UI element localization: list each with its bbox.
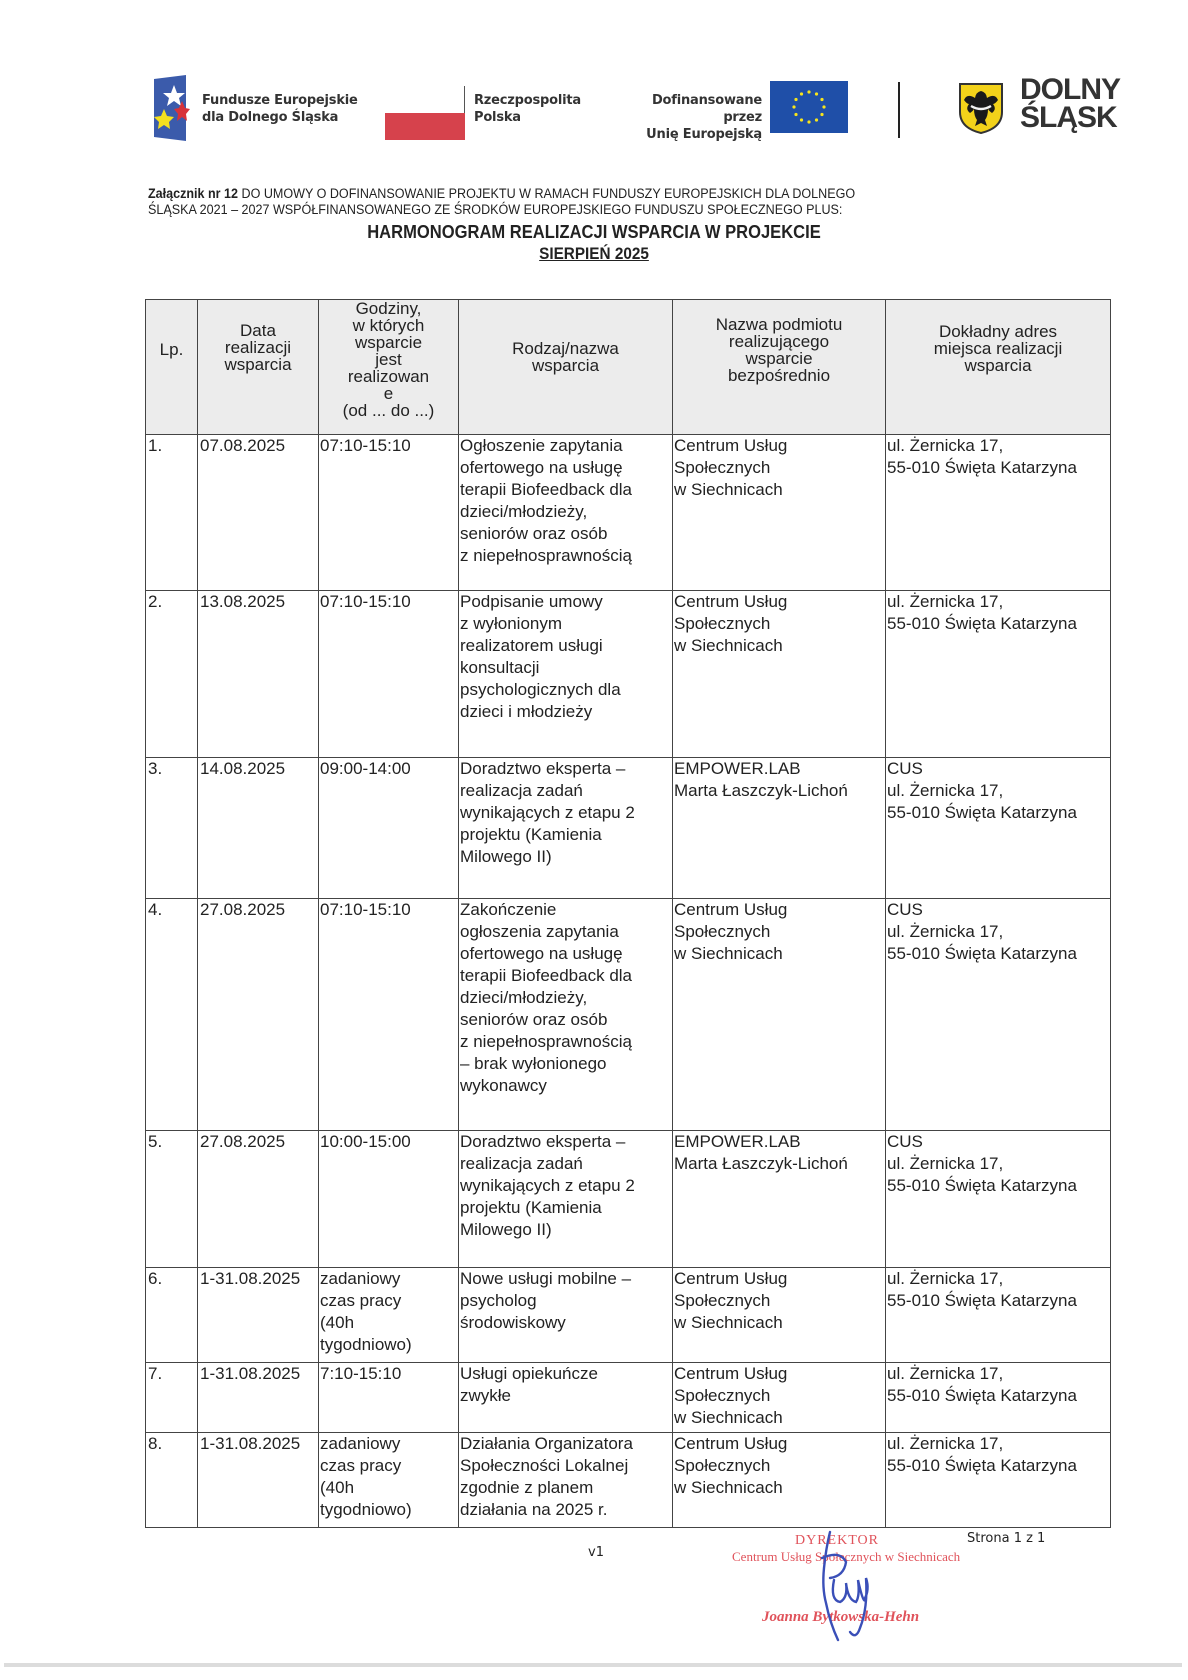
header-text-line: wsparcie — [321, 334, 456, 351]
cell-text-line: 55-010 Święta Katarzyna — [887, 457, 1110, 479]
cell-text-line: ul. Żernicka 17, — [887, 1268, 1110, 1290]
cell-text-line: dzieci/młodzieży, — [460, 501, 672, 523]
eu-flag-icon — [770, 81, 848, 133]
column-header-support-type: Rodzaj/nazwawsparcia — [459, 300, 673, 435]
table-row: 1.07.08.202507:10-15:10Ogłoszenie zapyta… — [146, 435, 1111, 591]
header-text-line: miejsca realizacji — [888, 340, 1108, 357]
cell-lp: 1. — [146, 435, 198, 591]
cell-text-line: ul. Żernicka 17, — [887, 1363, 1110, 1385]
cell-address: CUSul. Żernicka 17,55-010 Święta Katarzy… — [886, 758, 1111, 899]
cell-text-line: wykonawcy — [460, 1075, 672, 1097]
cell-text-line: seniorów oraz osób — [460, 1009, 672, 1031]
cell-hours: 07:10-15:10 — [319, 591, 459, 758]
eu-logo-line2: Unię Europejską — [612, 126, 762, 143]
cell-text-line: Centrum Usług — [674, 1268, 885, 1290]
table-row: 5. 27.08.202510:00-15:00Doradztwo eksper… — [146, 1131, 1111, 1268]
cell-entity: Centrum UsługSpołecznychw Siechnicach — [673, 1433, 886, 1528]
header-text-line: Dokładny adres — [888, 323, 1108, 340]
cell-entity: Centrum UsługSpołecznychw Siechnicach — [673, 435, 886, 591]
cell-entity: Centrum UsługSpołecznychw Siechnicach — [673, 899, 886, 1131]
cell-text-line: EMPOWER.LAB — [674, 758, 885, 780]
cell-text-line: – brak wyłonionego — [460, 1053, 672, 1075]
cell-text-line: 55-010 Święta Katarzyna — [887, 613, 1110, 635]
rp-logo-line1: Rzeczpospolita — [474, 92, 581, 109]
handwritten-signature-icon — [800, 1528, 890, 1646]
fe-star-logo-icon — [152, 75, 190, 141]
cell-lp: 8. — [146, 1433, 198, 1528]
cell-text-line: Centrum Usług — [674, 899, 885, 921]
header-text-line: (od ... do ...) — [321, 402, 456, 419]
cell-text-line: projektu (Kamienia — [460, 1197, 672, 1219]
cell-address: ul. Żernicka 17,55-010 Święta Katarzyna — [886, 435, 1111, 591]
cell-text-line: Podpisanie umowy — [460, 591, 672, 613]
cell-text-line: zadaniowy — [320, 1433, 458, 1455]
document-version: v1 — [588, 1545, 604, 1560]
cell-text-line: (40h — [320, 1477, 458, 1499]
cell-hours: 10:00-15:00 — [319, 1131, 459, 1268]
cell-entity: EMPOWER.LABMarta Łaszczyk-Lichoń — [673, 758, 886, 899]
cell-text-line: Centrum Usług — [674, 591, 885, 613]
cell-text-line: 55-010 Święta Katarzyna — [887, 943, 1110, 965]
cell-text-line: dzieci/młodzieży, — [460, 987, 672, 1009]
cell-text-line: Milowego II) — [460, 846, 672, 868]
cell-date: 27.08.2025 — [198, 899, 319, 1131]
cell-text-line: Centrum Usług — [674, 435, 885, 457]
cell-text-line: EMPOWER.LAB — [674, 1131, 885, 1153]
cell-text-line: tygodniowo) — [320, 1499, 458, 1521]
cell-text-line: Społecznych — [674, 921, 885, 943]
cell-hours: zadaniowyczas pracy(40htygodniowo) — [319, 1268, 459, 1363]
header-text-line: wsparcie — [675, 350, 883, 367]
cell-text-line: w Siechnicach — [674, 943, 885, 965]
cell-address: CUSul. Żernicka 17,55-010 Święta Katarzy… — [886, 1131, 1111, 1268]
cell-text-line: Marta Łaszczyk-Lichoń — [674, 1153, 885, 1175]
cell-address: ul. Żernicka 17,55-010 Święta Katarzyna — [886, 1433, 1111, 1528]
cell-text-line: 10:00-15:00 — [320, 1131, 458, 1153]
cell-text-line: wynikających z etapu 2 — [460, 802, 672, 824]
cell-address: CUSul. Żernicka 17,55-010 Święta Katarzy… — [886, 899, 1111, 1131]
cell-hours: 07:10-15:10 — [319, 435, 459, 591]
cell-text-line: seniorów oraz osób — [460, 523, 672, 545]
page-number: Strona 1 z 1 — [967, 1531, 1045, 1546]
logo-strip: Fundusze Europejskie dla Dolnego Śląska … — [152, 72, 1127, 142]
cell-text-line: Nowe usługi mobilne – — [460, 1268, 672, 1290]
cell-text-line: ofertowego na usługę — [460, 943, 672, 965]
fe-logo-text: Fundusze Europejskie dla Dolnego Śląska — [202, 92, 358, 126]
header-text-line: wsparcia — [200, 356, 316, 373]
table-row: 3.14.08.202509:00-14:00Doradztwo ekspert… — [146, 758, 1111, 899]
table-row: 8.1-31.08.2025zadaniowyczas pracy(40htyg… — [146, 1433, 1111, 1528]
schedule-table: Lp. Datarealizacjiwsparcia Godziny,w któ… — [145, 299, 1111, 1528]
column-header-entity: Nazwa podmioturealizującegowsparciebezpo… — [673, 300, 886, 435]
cell-date: 1-31.08.2025 — [198, 1268, 319, 1363]
cell-text-line: z niepełnosprawnością — [460, 1031, 672, 1053]
cell-text-line: czas pracy — [320, 1290, 458, 1312]
cell-address: ul. Żernicka 17,55-010 Święta Katarzyna — [886, 1363, 1111, 1433]
cell-lp: 6. — [146, 1268, 198, 1363]
attachment-text-line1: DO UMOWY O DOFINANSOWANIE PROJEKTU W RAM… — [238, 186, 855, 201]
page-bottom-edge — [4, 1663, 1182, 1667]
cell-text-line: środowiskowy — [460, 1312, 672, 1334]
cell-address: ul. Żernicka 17,55-010 Święta Katarzyna — [886, 1268, 1111, 1363]
header-text-line: e — [321, 385, 456, 402]
cell-date: 1-31.08.2025 — [198, 1433, 319, 1528]
cell-text-line: z wyłonionym — [460, 613, 672, 635]
cell-text-line: zgodnie z planem — [460, 1477, 672, 1499]
cell-text-line: (40h — [320, 1312, 458, 1334]
header-text-line: realizowan — [321, 368, 456, 385]
cell-text-line: Centrum Usług — [674, 1363, 885, 1385]
cell-text-line: Społecznych — [674, 1455, 885, 1477]
polish-flag-icon — [385, 86, 465, 140]
cell-text-line: w Siechnicach — [674, 1477, 885, 1499]
cell-text-line: 09:00-14:00 — [320, 758, 458, 780]
header-text-line: bezpośrednio — [675, 367, 883, 384]
header-text-line: realizującego — [675, 333, 883, 350]
cell-text-line: ul. Żernicka 17, — [887, 435, 1110, 457]
cell-text-line: realizacja zadań — [460, 1153, 672, 1175]
cell-hours: 7:10-15:10 — [319, 1363, 459, 1433]
cell-support-type: Nowe usługi mobilne –psychologśrodowisko… — [459, 1268, 673, 1363]
cell-text-line: Centrum Usług — [674, 1433, 885, 1455]
cell-text-line: ul. Żernicka 17, — [887, 1433, 1110, 1455]
cell-lp: 2. — [146, 591, 198, 758]
fe-logo-line2: dla Dolnego Śląska — [202, 109, 358, 126]
cell-text-line: ul. Żernicka 17, — [887, 780, 1110, 802]
column-header-hours: Godziny,w którychwsparciejestrealizowane… — [319, 300, 459, 435]
cell-text-line: z niepełnosprawnością — [460, 545, 672, 567]
cell-text-line: CUS — [887, 1131, 1110, 1153]
table-row: 7.1-31.08.20257:10-15:10Usługi opiekuńcz… — [146, 1363, 1111, 1433]
column-header-address: Dokładny adresmiejsca realizacjiwsparcia — [886, 300, 1111, 435]
cell-text-line: 07:10-15:10 — [320, 899, 458, 921]
cell-text-line: Doradztwo eksperta – — [460, 758, 672, 780]
cell-text-line: Działania Organizatora — [460, 1433, 672, 1455]
cell-text-line: Zakończenie — [460, 899, 672, 921]
cell-date: 27.08.2025 — [198, 1131, 319, 1268]
cell-text-line: psychologicznych dla — [460, 679, 672, 701]
cell-text-line: 55-010 Święta Katarzyna — [887, 1290, 1110, 1312]
logo-separator — [898, 82, 900, 138]
cell-text-line: realizacja zadań — [460, 780, 672, 802]
cell-text-line: 55-010 Święta Katarzyna — [887, 1175, 1110, 1197]
cell-hours: 09:00-14:00 — [319, 758, 459, 899]
eu-logo-text: Dofinansowane przez Unię Europejską — [612, 92, 762, 143]
header-text-line: Lp. — [148, 341, 195, 358]
cell-date: 1-31.08.2025 — [198, 1363, 319, 1433]
cell-support-type: Usługi opiekuńczezwykłe — [459, 1363, 673, 1433]
cell-date: 14.08.2025 — [198, 758, 319, 899]
cell-text-line: 07:10-15:10 — [320, 591, 458, 613]
cell-date: 13.08.2025 — [198, 591, 319, 758]
cell-support-type: Zakończenieogłoszenia zapytaniaofertoweg… — [459, 899, 673, 1131]
header-text-line: wsparcia — [888, 357, 1108, 374]
lower-silesia-eagle-crest-icon — [958, 82, 1004, 134]
header-text-line: Godziny, — [321, 300, 456, 317]
cell-support-type: Podpisanie umowyz wyłonionymrealizatorem… — [459, 591, 673, 758]
cell-text-line: Marta Łaszczyk-Lichoń — [674, 780, 885, 802]
cell-text-line: ogłoszenia zapytania — [460, 921, 672, 943]
cell-lp: 3. — [146, 758, 198, 899]
header-text-line: w których — [321, 317, 456, 334]
cell-text-line: CUS — [887, 758, 1110, 780]
header-text-line: Nazwa podmiotu — [675, 316, 883, 333]
cell-text-line: Milowego II) — [460, 1219, 672, 1241]
ds-logo-text: DOLNY ŚLĄSK — [1020, 76, 1120, 132]
rp-logo-text: Rzeczpospolita Polska — [474, 92, 581, 126]
cell-date: 07.08.2025 — [198, 435, 319, 591]
table-row: 6.1-31.08.2025zadaniowyczas pracy(40htyg… — [146, 1268, 1111, 1363]
cell-text-line: w Siechnicach — [674, 1312, 885, 1334]
ds-logo-line2: ŚLĄSK — [1020, 104, 1120, 132]
cell-text-line: ul. Żernicka 17, — [887, 921, 1110, 943]
cell-text-line: Usługi opiekuńcze — [460, 1363, 672, 1385]
column-header-date: Datarealizacjiwsparcia — [198, 300, 319, 435]
cell-text-line: 55-010 Święta Katarzyna — [887, 802, 1110, 824]
cell-text-line: projektu (Kamienia — [460, 824, 672, 846]
cell-text-line: wynikających z etapu 2 — [460, 1175, 672, 1197]
ds-logo-line1: DOLNY — [1020, 76, 1120, 104]
cell-text-line: Społecznych — [674, 1290, 885, 1312]
cell-text-line: w Siechnicach — [674, 1407, 885, 1429]
cell-text-line: Ogłoszenie zapytania — [460, 435, 672, 457]
header-text-line: wsparcia — [461, 357, 670, 374]
cell-text-line: zadaniowy — [320, 1268, 458, 1290]
cell-text-line: zwykłe — [460, 1385, 672, 1407]
header-text-line: Rodzaj/nazwa — [461, 340, 670, 357]
cell-text-line: konsultacji — [460, 657, 672, 679]
attachment-number: Załącznik nr 12 — [148, 186, 238, 201]
cell-text-line: Społeczności Lokalnej — [460, 1455, 672, 1477]
cell-text-line: czas pracy — [320, 1455, 458, 1477]
header-text-line: realizacji — [200, 339, 316, 356]
column-header-lp: Lp. — [146, 300, 198, 435]
cell-text-line: 55-010 Święta Katarzyna — [887, 1455, 1110, 1477]
cell-lp: 5. — [146, 1131, 198, 1268]
eu-logo-line1: Dofinansowane przez — [612, 92, 762, 126]
table-row: 4.27.08.202507:10-15:10Zakończenieogłosz… — [146, 899, 1111, 1131]
document-month: SIERPIEŃ 2025 — [59, 244, 1128, 264]
cell-text-line: 55-010 Święta Katarzyna — [887, 1385, 1110, 1407]
cell-text-line: terapii Biofeedback dla — [460, 965, 672, 987]
fe-logo-line1: Fundusze Europejskie — [202, 92, 358, 109]
cell-lp: 4. — [146, 899, 198, 1131]
cell-text-line: realizatorem usługi — [460, 635, 672, 657]
cell-text-line: Doradztwo eksperta – — [460, 1131, 672, 1153]
cell-text-line: ul. Żernicka 17, — [887, 1153, 1110, 1175]
cell-text-line: Społecznych — [674, 1385, 885, 1407]
cell-hours: zadaniowyczas pracy(40htygodniowo) — [319, 1433, 459, 1528]
attachment-heading: Załącznik nr 12 DO UMOWY O DOFINANSOWANI… — [148, 186, 1013, 218]
cell-text-line: 7:10-15:10 — [320, 1363, 458, 1385]
cell-entity: EMPOWER.LABMarta Łaszczyk-Lichoń — [673, 1131, 886, 1268]
cell-address: ul. Żernicka 17,55-010 Święta Katarzyna — [886, 591, 1111, 758]
rp-logo-line2: Polska — [474, 109, 581, 126]
cell-text-line: w Siechnicach — [674, 479, 885, 501]
cell-text-line: ofertowego na usługę — [460, 457, 672, 479]
attachment-text-line2: ŚLĄSKA 2021 – 2027 WSPÓŁFINANSOWANEGO ZE… — [148, 202, 1013, 218]
cell-text-line: Społecznych — [674, 457, 885, 479]
header-text-line: Data — [200, 322, 316, 339]
document-title: HARMONOGRAM REALIZACJI WSPARCIA W PROJEK… — [48, 222, 1141, 243]
cell-text-line: działania na 2025 r. — [460, 1499, 672, 1521]
cell-entity: Centrum UsługSpołecznychw Siechnicach — [673, 1268, 886, 1363]
table-row: 2.13.08.202507:10-15:10Podpisanie umowyz… — [146, 591, 1111, 758]
table-header-row: Lp. Datarealizacjiwsparcia Godziny,w któ… — [146, 300, 1111, 435]
cell-text-line: tygodniowo) — [320, 1334, 458, 1356]
cell-support-type: Działania OrganizatoraSpołeczności Lokal… — [459, 1433, 673, 1528]
cell-entity: Centrum UsługSpołecznychw Siechnicach — [673, 591, 886, 758]
cell-text-line: dzieci i młodzieży — [460, 701, 672, 723]
cell-text-line: CUS — [887, 899, 1110, 921]
header-text-line: jest — [321, 351, 456, 368]
cell-lp: 7. — [146, 1363, 198, 1433]
cell-text-line: 07:10-15:10 — [320, 435, 458, 457]
cell-support-type: Ogłoszenie zapytaniaofertowego na usługę… — [459, 435, 673, 591]
cell-text-line: terapii Biofeedback dla — [460, 479, 672, 501]
cell-entity: Centrum UsługSpołecznychw Siechnicach — [673, 1363, 886, 1433]
cell-text-line: w Siechnicach — [674, 635, 885, 657]
cell-text-line: psycholog — [460, 1290, 672, 1312]
cell-support-type: Doradztwo eksperta –realizacja zadańwyni… — [459, 758, 673, 899]
cell-text-line: ul. Żernicka 17, — [887, 591, 1110, 613]
cell-support-type: Doradztwo eksperta –realizacja zadańwyni… — [459, 1131, 673, 1268]
cell-text-line: Społecznych — [674, 613, 885, 635]
cell-hours: 07:10-15:10 — [319, 899, 459, 1131]
